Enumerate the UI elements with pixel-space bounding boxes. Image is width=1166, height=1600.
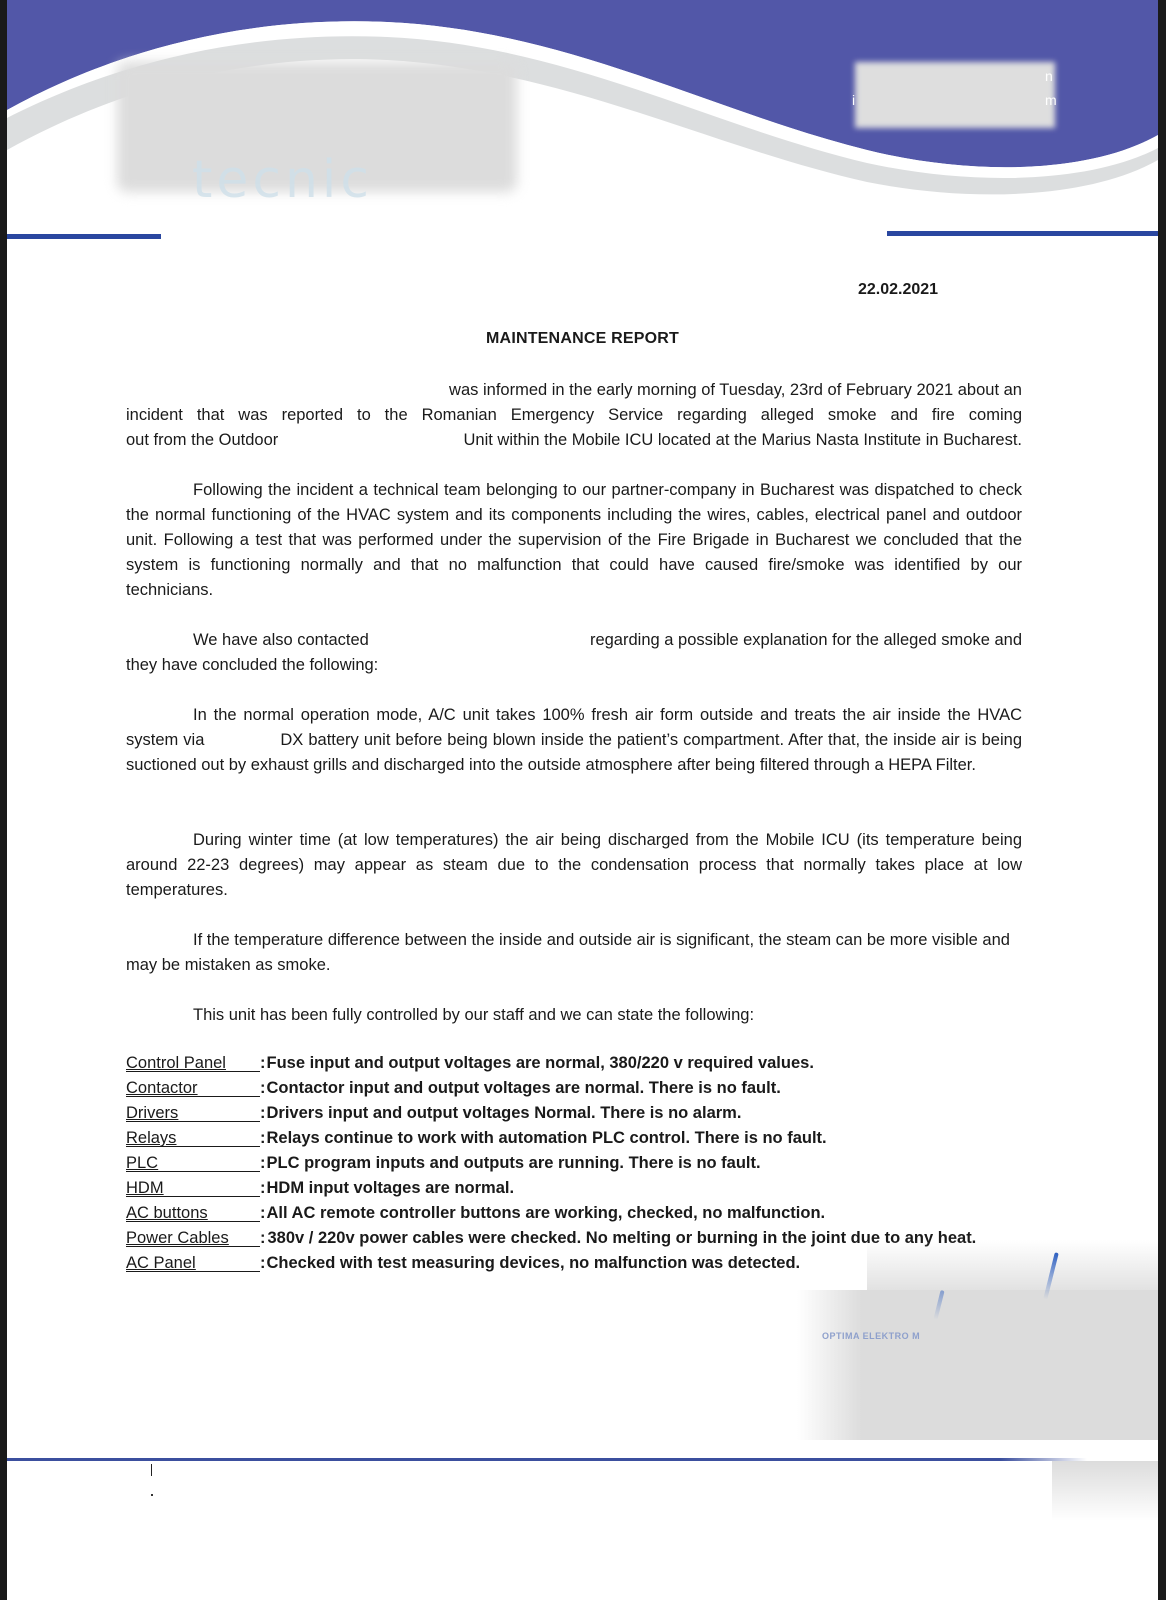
checklist-label: AC buttons [126, 1201, 260, 1226]
paragraph-line: incident that was reported to the Romani… [126, 403, 1022, 428]
company-logo-fragment: tecnic [192, 150, 373, 210]
checklist-label: Relays [126, 1126, 260, 1151]
header-rule-right [887, 231, 1158, 236]
checklist-value: :Fuse input and output voltages are norm… [260, 1051, 1026, 1076]
checklist-row: HDM :HDM input voltages are normal. [126, 1176, 1026, 1201]
paragraph-fragment: DX battery unit before being blown insid… [126, 731, 1022, 774]
checklist-value: :HDM input voltages are normal. [260, 1176, 1026, 1201]
checklist-label: PLC [126, 1151, 260, 1176]
paragraph-controlled: This unit has been fully controlled by o… [126, 1003, 1022, 1028]
contact-fragment: n [1045, 68, 1053, 84]
paragraph-investigation: Following the incident a technical team … [126, 478, 1022, 603]
checklist-label: Contactor [126, 1076, 260, 1101]
checklist-label: Control Panel [126, 1051, 260, 1076]
dot-mark [151, 1494, 153, 1496]
checklist-value: :PLC program inputs and outputs are runn… [260, 1151, 1026, 1176]
checklist-row: Control Panel :Fuse input and output vol… [126, 1051, 1026, 1076]
checklist-value: :All AC remote controller buttons are wo… [260, 1201, 1026, 1226]
signature-redacted [797, 1290, 1158, 1440]
paragraph-winter: During winter time (at low temperatures)… [126, 828, 1022, 903]
paragraph-incident: was informed in the early morning of Tue… [126, 378, 1022, 453]
checklist-row: Contactor :Contactor input and output vo… [126, 1076, 1026, 1101]
contact-info-redacted [855, 62, 1055, 128]
document-page: tecnic i n m 22.02.2021 MAINTENANCE REPO… [7, 0, 1158, 1600]
checklist-label: AC Panel [126, 1251, 260, 1276]
contact-fragment: m [1045, 92, 1057, 108]
paragraph-line: was informed in the early morning of Tue… [126, 378, 1022, 403]
report-date: 22.02.2021 [858, 281, 938, 299]
paragraph-fragment: out from the Outdoor [126, 428, 278, 453]
paragraph-operation-mode: In the normal operation mode, A/C unit t… [126, 703, 1022, 778]
text-cursor-mark [151, 1464, 152, 1476]
checklist-label: Power Cables [126, 1226, 260, 1251]
checklist-value: :Relays continue to work with automation… [260, 1126, 1026, 1151]
report-title: MAINTENANCE REPORT [7, 330, 1158, 348]
contact-fragment: i [852, 92, 855, 108]
paragraph-contacted: We have also contacted regarding a possi… [126, 628, 1022, 678]
paragraph-temperature: If the temperature difference between th… [126, 928, 1022, 978]
checklist-row: Drivers :Drivers input and output voltag… [126, 1101, 1026, 1126]
header-rule-left [7, 234, 161, 239]
paragraph-fragment: Unit within the Mobile ICU located at th… [463, 428, 1022, 453]
checklist-row: AC buttons :All AC remote controller but… [126, 1201, 1026, 1226]
company-stamp-fragment: OPTIMA ELEKTRO M [822, 1331, 920, 1341]
checklist-label: Drivers [126, 1101, 260, 1126]
checklist-value: :Contactor input and output voltages are… [260, 1076, 1026, 1101]
paragraph-fragment: regarding a possible explanation for the… [590, 628, 1022, 653]
footer-redacted [1052, 1461, 1158, 1521]
paragraph-fragment: We have also contacted [193, 628, 369, 653]
checklist-label: HDM [126, 1176, 260, 1201]
checklist-row: Relays :Relays continue to work with aut… [126, 1126, 1026, 1151]
checklist-value: :Drivers input and output voltages Norma… [260, 1101, 1026, 1126]
footer-rule [7, 1458, 1087, 1461]
checklist-row: PLC :PLC program inputs and outputs are … [126, 1151, 1026, 1176]
paragraph-line: they have concluded the following: [126, 653, 1022, 678]
